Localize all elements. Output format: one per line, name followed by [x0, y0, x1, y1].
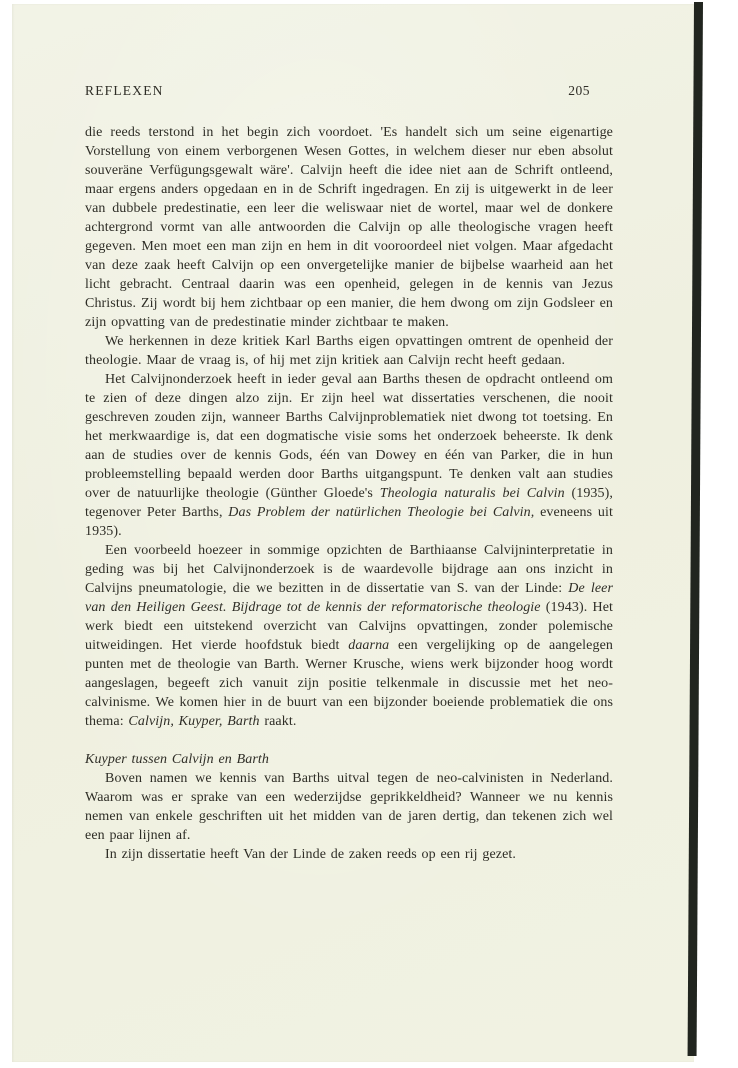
page-body: die reeds terstond in het begin zich voo…	[85, 123, 613, 864]
italic-text-run: Calvijn, Kuyper, Barth	[128, 714, 259, 729]
section-heading: Kuyper tussen Calvijn en Barth	[85, 750, 613, 769]
text-run: Boven namen we kennis van Barths uitval …	[85, 771, 613, 843]
body-paragraph: We herkennen in deze kritiek Karl Barths…	[85, 332, 613, 370]
italic-text-run: daarna	[348, 638, 389, 653]
italic-text-run: Kuyper tussen Calvijn en Barth	[85, 752, 269, 767]
body-paragraph: Het Calvijnonderzoek heeft in ieder geva…	[85, 370, 613, 541]
text-run: Een voorbeeld hoezeer in sommige opzicht…	[85, 543, 613, 596]
italic-text-run: Das Problem der natürlichen Theologie be…	[228, 505, 534, 520]
text-run: raakt.	[260, 714, 297, 729]
text-run: We herkennen in deze kritiek Karl Barths…	[85, 334, 613, 368]
body-paragraph: die reeds terstond in het begin zich voo…	[85, 123, 613, 332]
text-run: die reeds terstond in het begin zich voo…	[85, 125, 613, 330]
text-run: In zijn dissertatie heeft Van der Linde …	[105, 847, 516, 862]
running-header: REFLEXEN 205	[85, 83, 613, 99]
book-page: REFLEXEN 205 die reeds terstond in het b…	[12, 4, 694, 1062]
italic-text-run: Theologia naturalis bei Calvin	[380, 486, 565, 501]
body-paragraph: Een voorbeeld hoezeer in sommige opzicht…	[85, 541, 613, 731]
page-content: REFLEXEN 205 die reeds terstond in het b…	[12, 4, 694, 864]
body-paragraph: Boven namen we kennis van Barths uitval …	[85, 769, 613, 845]
body-paragraph: In zijn dissertatie heeft Van der Linde …	[85, 845, 613, 864]
page-number: 205	[568, 83, 590, 99]
running-header-title: REFLEXEN	[85, 83, 164, 99]
scan-frame: REFLEXEN 205 die reeds terstond in het b…	[0, 0, 738, 1068]
text-run: Het Calvijnonderzoek heeft in ieder geva…	[85, 372, 613, 501]
